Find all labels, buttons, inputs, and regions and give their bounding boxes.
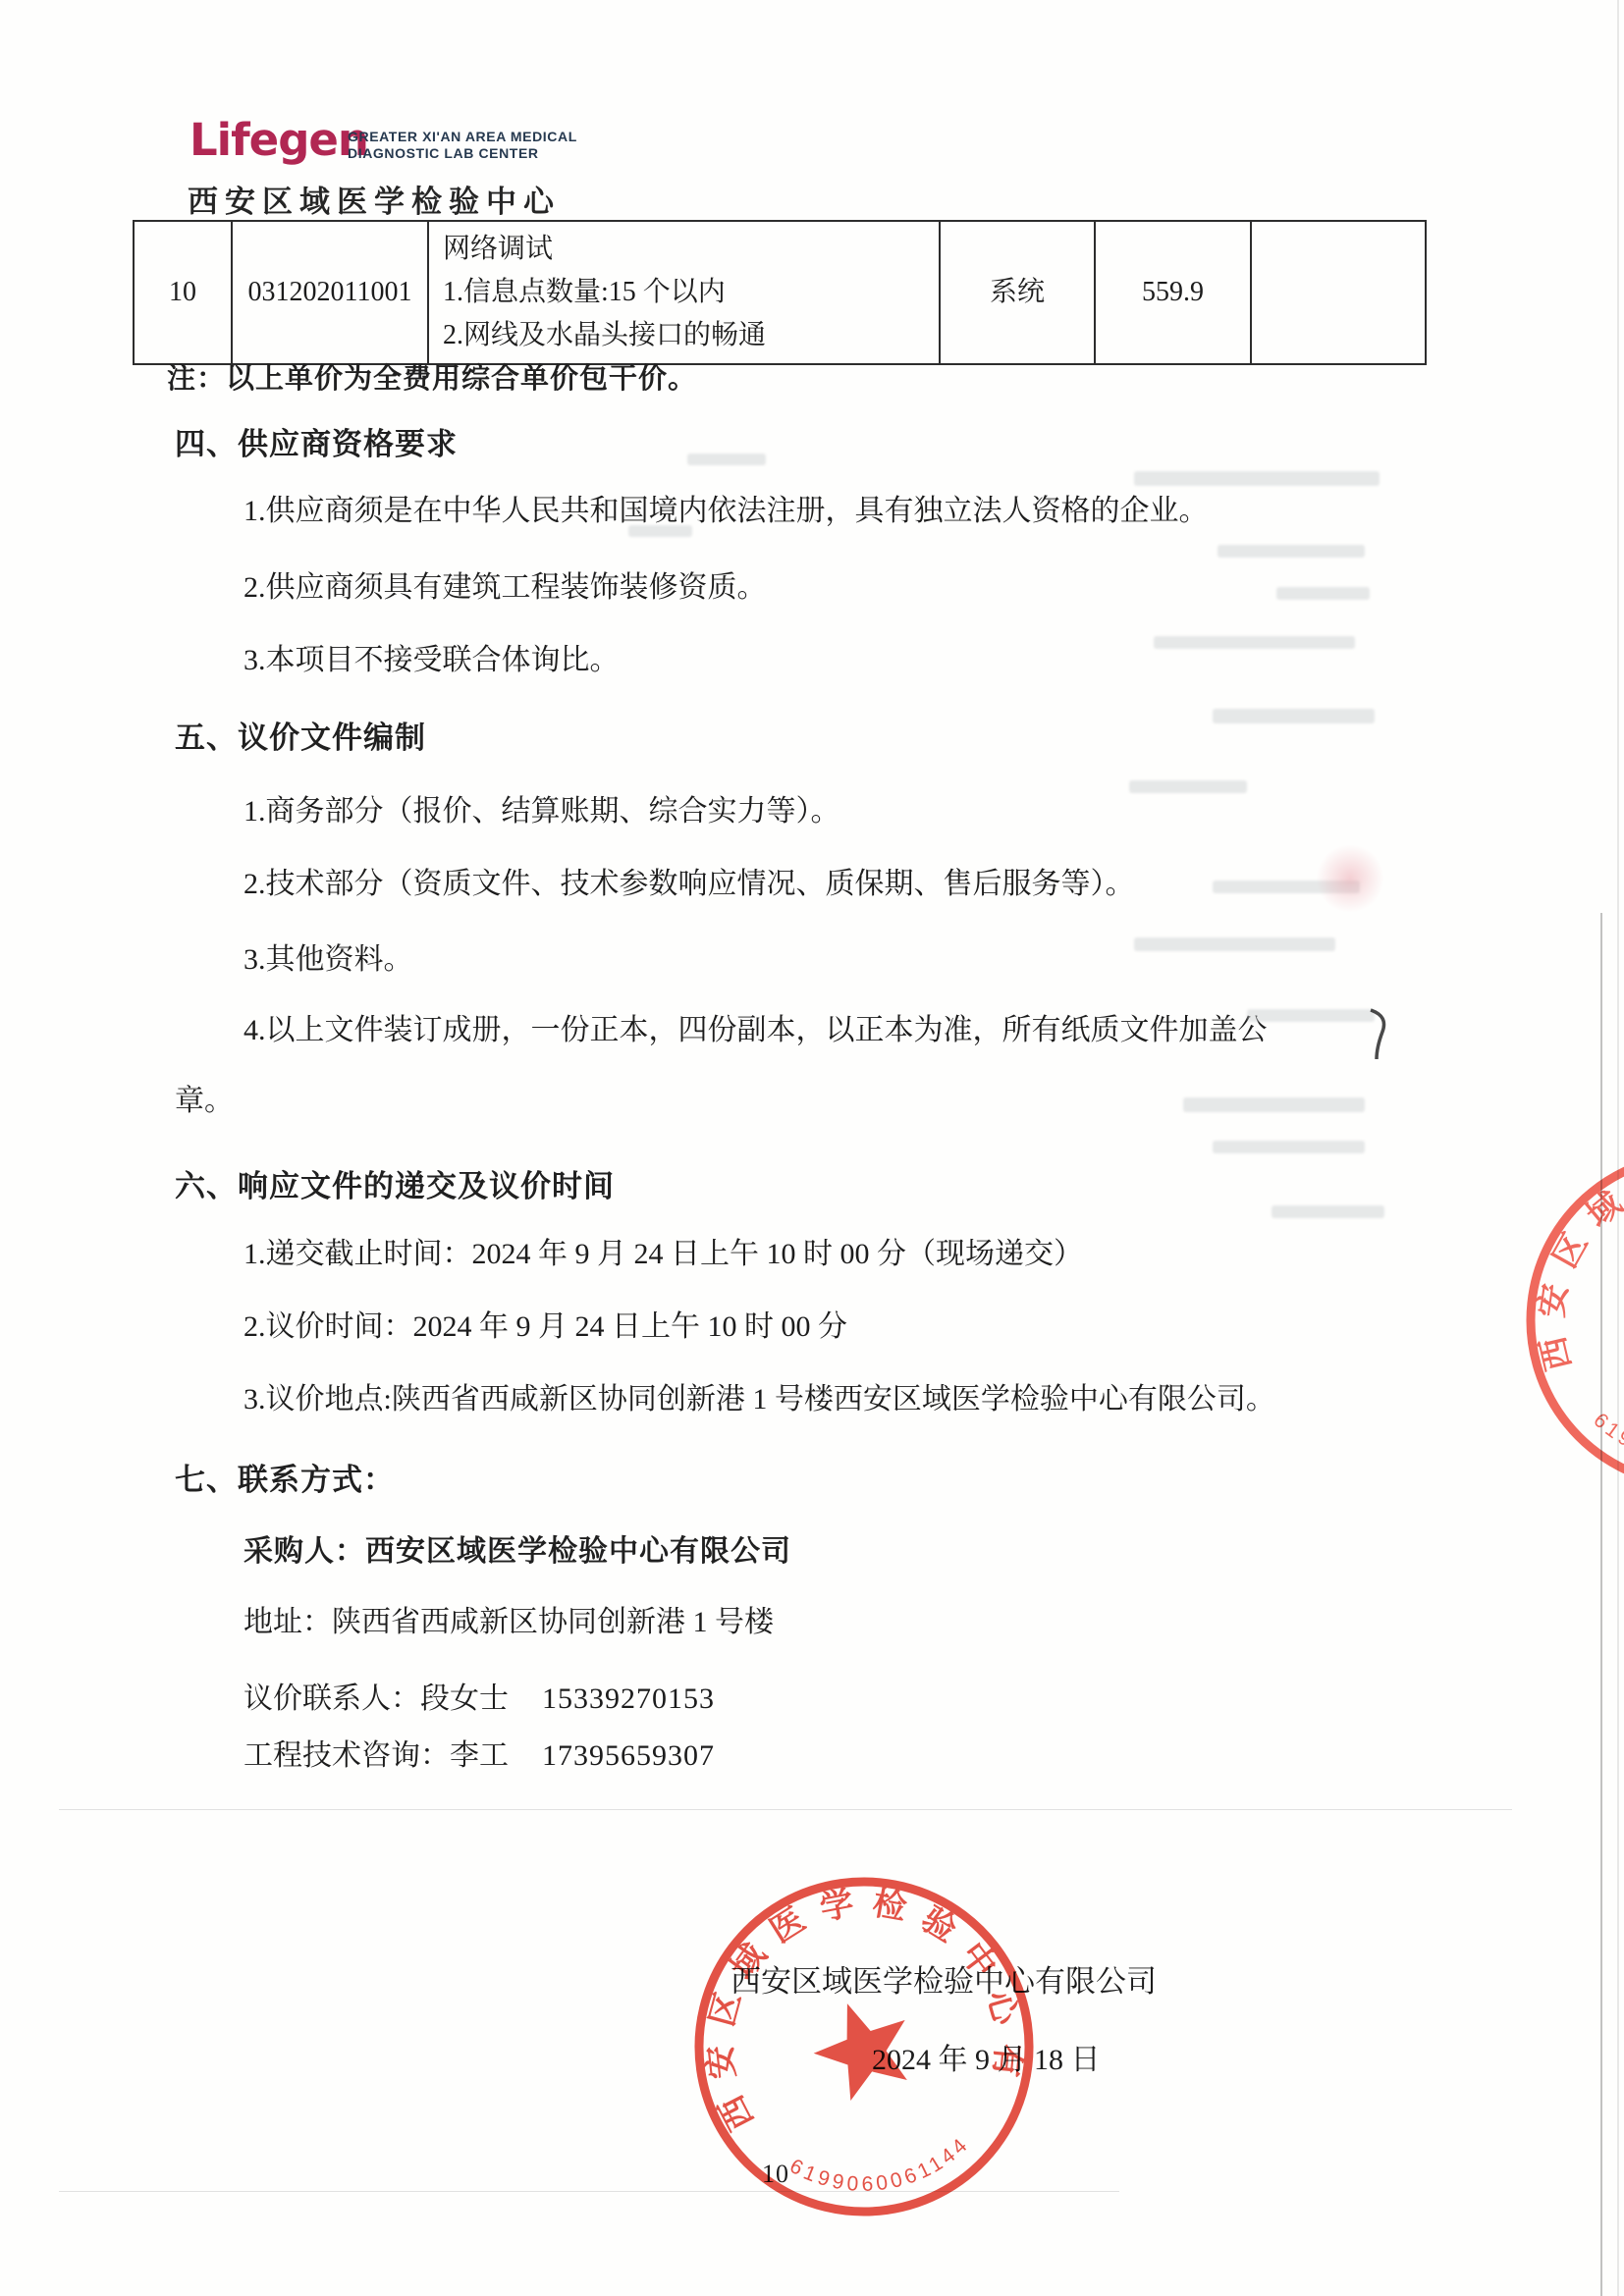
note-line: 注：以上单价为全费用综合单价包干价。 [167,356,697,397]
brand-text: Lifegen [189,114,368,166]
scan-edge-line [1600,913,1602,2296]
contact-nego-label: 议价联系人：段女士 [244,1682,509,1715]
tagline-line2: DIAGNOSTIC LAB CENTER [348,145,577,162]
section-item: 2.技术部分（资质文件、技术参数响应情况、质保期、售后服务等）。 [244,864,1135,905]
company-seal-stamp: 西安区域医学检验中心有限公司 6199060061144 [677,1860,1051,2233]
document-page: Lifegen GREATER XI'AN AREA MEDICAL DIAGN… [0,0,1624,2296]
header-logo: Lifegen [189,118,368,162]
partial-seal-stamp: 西安区域医学检验中心有限公司 6199060061144 [1509,1134,1624,1507]
tagline-line1: GREATER XI'AN AREA MEDICAL [348,129,577,145]
contact-nego: 议价联系人：段女士15339270153 [244,1679,715,1720]
desc-line: 1.信息点数量:15 个以内 [443,271,929,314]
section-item: 3.其他资料。 [244,939,413,981]
cell-remark [1251,221,1426,364]
section-item: 1.递交截止时间：2024 年 9 月 24 日上午 10 时 00 分（现场递… [244,1234,1083,1275]
seal-serial: 6199060061144 [784,2130,979,2208]
pink-smudge [1316,844,1384,913]
pen-mark [1367,1006,1402,1065]
org-name: 西安区域医学检验中心 [188,177,561,221]
section-item: 2.供应商须具有建筑工程装饰装修资质。 [244,567,767,609]
contact-address: 地址：陕西省西咸新区协同创新港 1 号楼 [244,1602,774,1643]
section-item: 4.以上文件装订成册，一份正本，四份副本，以正本为准，所有纸质文件加盖公 [244,1010,1268,1051]
section-item: 2.议价时间：2024 年 9 月 24 日上午 10 时 00 分 [244,1307,847,1348]
section-item: 1.商务部分（报价、结算账期、综合实力等）。 [244,791,840,832]
items-table: 10 031202011001 网络调试 1.信息点数量:15 个以内 2.网线… [133,220,1427,365]
section-item: 1.供应商须是在中华人民共和国境内依法注册，具有独立法人资格的企业。 [244,491,1209,532]
section-item: 3.议价地点:陕西省西咸新区协同创新港 1 号楼西安区域医学检验中心有限公司。 [244,1379,1275,1420]
contact-nego-phone: 15339270153 [542,1679,715,1720]
cell-code: 031202011001 [232,221,428,364]
contact-tech-label: 工程技术咨询：李工 [244,1739,509,1772]
section-title-7: 七、联系方式： [175,1455,395,1499]
logo-tagline: GREATER XI'AN AREA MEDICAL DIAGNOSTIC LA… [348,129,577,162]
section-item-overflow: 章。 [175,1081,234,1122]
cell-unit: 系统 [940,221,1095,364]
svg-text:西安区域医学检验中心有限公司: 西安区域医学检验中心有限公司 [1509,1134,1624,1407]
seal-ring-text: 西安区域医学检验中心有限公司 [1509,1134,1624,1407]
contact-tech: 工程技术咨询：李工17395659307 [244,1735,715,1777]
scan-streak [59,1809,1512,1810]
svg-text:6199060061144: 6199060061144 [784,2130,979,2208]
seal-ring-text: 西安区域医学检验中心有限公司 [677,1860,1035,2144]
section-title-4: 四、供应商资格要求 [175,419,458,463]
cell-no: 10 [134,221,232,364]
desc-line: 2.网线及水晶头接口的畅通 [443,314,929,357]
section-item: 3.本项目不接受联合体询比。 [244,640,620,681]
contact-tech-phone: 17395659307 [542,1735,715,1777]
seal-star-icon [801,1987,924,2107]
contact-purchaser: 采购人：西安区域医学检验中心有限公司 [244,1526,791,1570]
section-title-6: 六、响应文件的递交及议价时间 [175,1161,615,1205]
table-row: 10 031202011001 网络调试 1.信息点数量:15 个以内 2.网线… [134,221,1426,364]
section-title-5: 五、议价文件编制 [175,713,426,757]
cell-desc: 网络调试 1.信息点数量:15 个以内 2.网线及水晶头接口的畅通 [428,221,940,364]
svg-text:西安区域医学检验中心有限公司: 西安区域医学检验中心有限公司 [677,1860,1035,2144]
desc-line: 网络调试 [443,228,929,271]
cell-price: 559.9 [1095,221,1251,364]
